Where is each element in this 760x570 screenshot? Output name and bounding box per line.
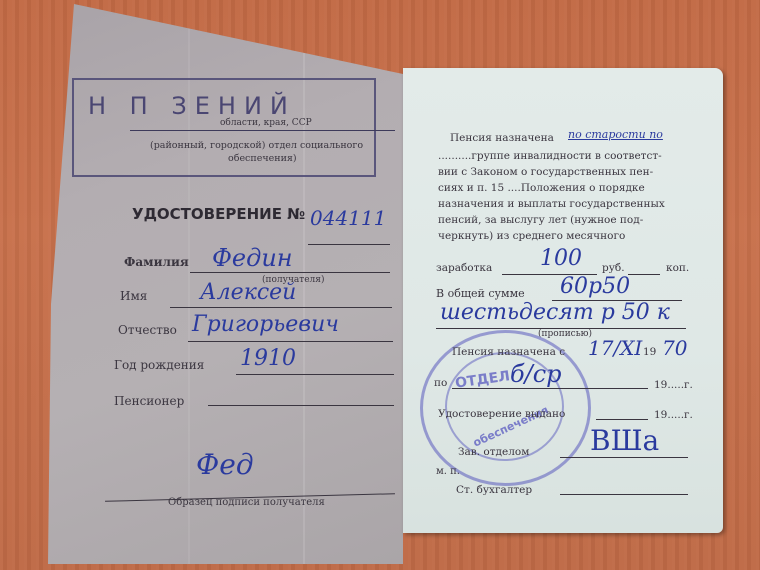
issued-line	[596, 419, 648, 420]
in-words-hint: (прописью)	[538, 329, 592, 339]
issued-label: Удостоверение выдано	[438, 408, 565, 420]
signature-caption: Образец подписи получателя	[168, 497, 325, 508]
pension-assigned-label: Пенсия назначена	[450, 132, 554, 144]
first-name-value: Алексей	[200, 280, 296, 305]
patronymic-line	[188, 341, 393, 342]
certificate-title: УДОСТОВЕРЕНИЕ №	[132, 205, 305, 223]
surname-value: Федин	[212, 244, 293, 272]
seal-label: м. п.	[436, 466, 460, 477]
head-label: Зав. отделом	[458, 446, 529, 458]
until-line	[452, 388, 648, 389]
recipient-signature: Фед	[196, 448, 254, 481]
birth-year-value: 1910	[240, 346, 296, 371]
pensioner-line	[208, 405, 394, 406]
para-line: сиях и п. 15 ....Положения о порядке	[438, 182, 645, 194]
assigned-from-label: Пенсия назначена с	[452, 346, 565, 358]
accountant-line	[560, 494, 688, 495]
surname-line	[190, 272, 390, 273]
head-signature: ВШа	[590, 424, 659, 457]
earnings-label: заработка	[436, 262, 492, 274]
stamp-line-dept: (районный, городской) отдел социального	[150, 140, 363, 151]
kop-line	[628, 274, 660, 275]
kop-label: коп.	[666, 262, 689, 274]
birth-year-label: Год рождения	[114, 358, 204, 372]
stamp-line-dept2: обеспечения)	[228, 153, 297, 164]
para-line: назначения и выплаты государственных	[438, 198, 665, 210]
assigned-year-value: 70	[662, 336, 687, 360]
total-label: В общей сумме	[436, 287, 525, 300]
stamp-underline	[130, 130, 395, 131]
patronymic-label: Отчество	[118, 323, 177, 337]
total-in-words: шестьдесят р 50 к	[440, 300, 670, 325]
stamp-letters: Н П ЗЕНИЙ	[88, 92, 296, 120]
assigned-from-value: 17/XI	[588, 336, 642, 360]
certificate-number: 044111	[310, 206, 386, 230]
first-name-line	[170, 307, 392, 308]
rub-label: руб.	[602, 262, 625, 274]
number-underline	[308, 244, 390, 245]
issued-year: 19.....г.	[654, 409, 693, 421]
para-line: вии с Законом о государственных пен-	[438, 166, 653, 178]
until-year: 19.....г.	[654, 379, 693, 391]
pensioner-label: Пенсионер	[114, 394, 184, 408]
first-name-label: Имя	[120, 289, 147, 303]
assigned-year-prefix: 19	[643, 346, 656, 358]
stamp-line-region: области, края, ССР	[220, 118, 312, 128]
earnings-value: 100	[540, 246, 582, 271]
para-line: пенсий, за выслугу лет (нужное под-	[438, 214, 643, 226]
pension-basis-value: по старости по	[568, 128, 663, 141]
until-label: по	[434, 377, 447, 389]
patronymic-value: Григорьевич	[192, 312, 339, 337]
para-line: черкнуть) из среднего месячного	[438, 230, 625, 242]
birth-year-line	[236, 374, 394, 375]
stamp-handwriting: б/ср	[510, 360, 562, 388]
accountant-label: Ст. бухгалтер	[456, 484, 532, 496]
surname-label: Фамилия	[124, 255, 189, 269]
para-line: ..........группе инвалидности в соответс…	[438, 150, 662, 162]
head-line	[560, 457, 688, 458]
total-value: 60р50	[560, 274, 630, 299]
